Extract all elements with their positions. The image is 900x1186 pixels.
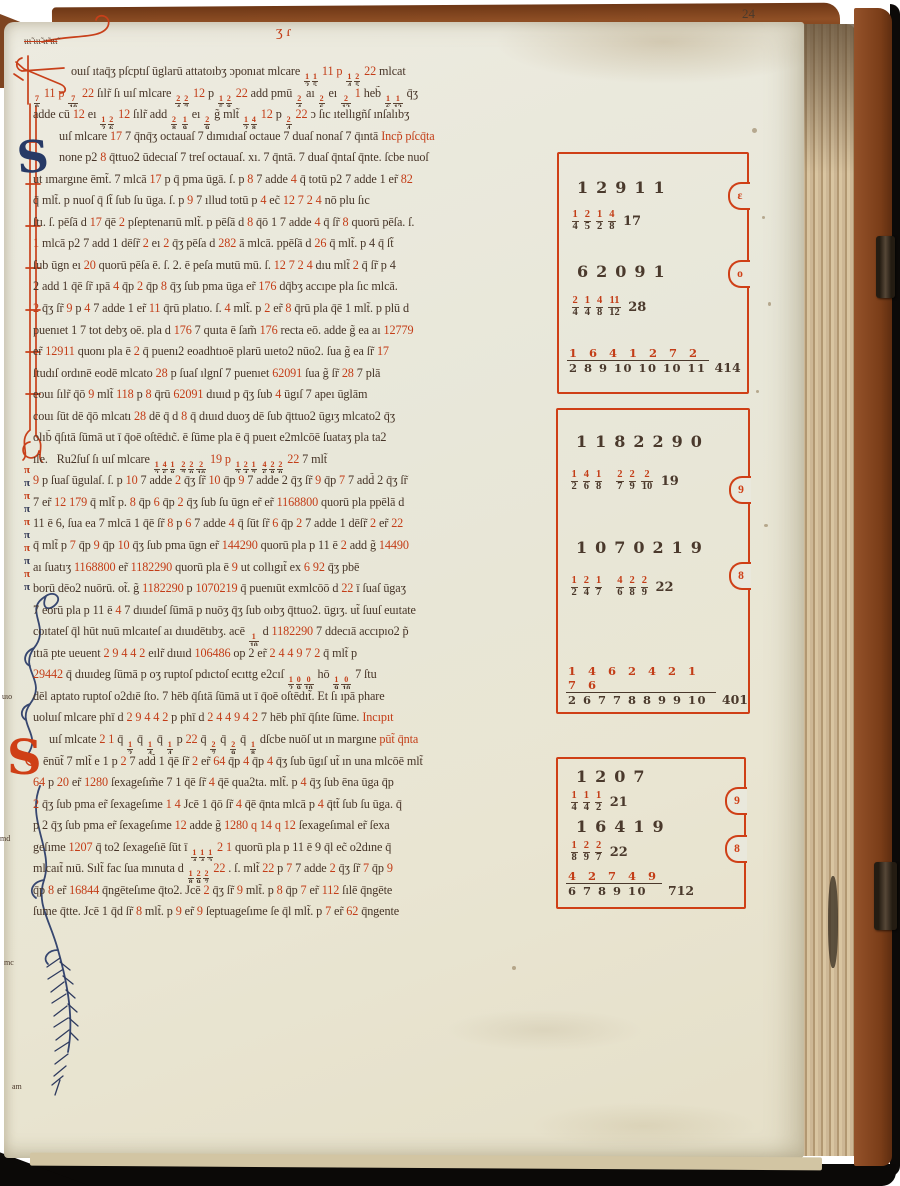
text-line: 9 p ſuaſ ūgulaſ. ſ. p 10 7 adde 2 q̄ʒ ſr… (33, 473, 550, 495)
text-line: uıſ mlcate 2 1 q̄ 12 q̄ 14 q̄ 14 p 22 q̄… (33, 732, 550, 754)
fraction: 27 (203, 870, 209, 883)
text-run: none p2 (59, 150, 100, 164)
margin-note: uɩo (2, 692, 12, 701)
fraction: 12 (235, 461, 241, 474)
chain-ornament-icon: ππππππππππ (18, 464, 36, 594)
fraction-numerator: 1 (571, 841, 578, 852)
fraction: 29 (583, 841, 590, 863)
margin-note: md (0, 834, 10, 843)
text-run: 10 (118, 538, 130, 552)
fraction: 25 (584, 210, 591, 232)
fraction-numerator: 1 (304, 73, 310, 81)
fraction-numerator: 1 (312, 73, 318, 81)
text-run: ſume q̄tte. Jcē 1 q̄d ſr̃ (33, 904, 136, 918)
text-run: p (173, 516, 185, 530)
text-run: q̄rū (152, 387, 174, 401)
text-run: q̄ mlt̃. p 4 q̄ ſt̃ (326, 236, 393, 250)
fraction: 46 (262, 461, 268, 474)
text-run: 9 (387, 861, 393, 875)
text-run: q̄ʒ pbē (325, 560, 360, 574)
fraction-numerator: 1 (100, 116, 106, 124)
text-run: q̄ ſr̃ (320, 215, 342, 229)
fraction: 010 (341, 676, 351, 689)
fraction-denominator: 8 (595, 481, 602, 493)
text-run: aı (303, 86, 318, 100)
text-run: 12779 (383, 323, 413, 337)
fraction: 12 (207, 849, 213, 862)
text-run: ſılr̃ add (133, 107, 170, 121)
fraction-numerator: 1 (147, 741, 153, 749)
speck (764, 524, 768, 527)
text-run: . ſ. mlt̃ (225, 861, 262, 875)
text-run: 7 add̃ 2 q̄ʒ ſr̃ (345, 473, 408, 487)
text-run: 22 (284, 452, 302, 466)
fraction: 28 (269, 461, 275, 474)
clasp-bottom (874, 862, 897, 930)
fraction: 14 (572, 210, 579, 232)
text-run: uoluıſ mlcare phī d (33, 710, 126, 724)
text-run: dq̄bʒ accıpe pla ſıc mlcā. (276, 279, 397, 293)
fraction-denominator: 2 (595, 802, 602, 814)
fraction: 210 (641, 470, 654, 492)
text-line: uıſ mlcare 17 7 q̄nq̄ʒ octauaſ 7 dımıdıa… (33, 129, 550, 151)
fraction-numerator: 1 (333, 676, 339, 684)
chain-link: π (18, 503, 36, 516)
text-run: q̄ʒ ſr̃ (39, 301, 66, 315)
book-photo: S S ππππππππππ 24 ouıſ ıtaq̄ʒ pſcptıſ ūg… (0, 0, 900, 1186)
text-run: p (276, 107, 285, 121)
fraction-numerator: 2 (286, 116, 292, 124)
fraction-numerator: 0 (343, 676, 349, 684)
fraction-numerator: 7 (34, 95, 40, 103)
text-run (178, 107, 181, 121)
fraction-denominator: 7 (595, 852, 602, 864)
text-run: dıu mlt̃ (313, 258, 353, 272)
text-run: eı (85, 107, 100, 121)
text-run: q̄p (225, 754, 243, 768)
text-run: q̄ʒ ſub pma ūga er̃ (167, 279, 259, 293)
text-run: 17 (90, 215, 102, 229)
margin-note: ʒ ɾ (276, 24, 291, 41)
fraction: 15 (312, 73, 318, 86)
text-run: 22 (341, 581, 353, 595)
fraction: 24 (572, 296, 579, 318)
text-run: q̄p (249, 754, 267, 768)
text-run: coıtateſ q̄l hūt nuū mlcaıteſ aı dıuıdēt… (33, 624, 248, 638)
text-line: 2 q̄ʒ ſr̃ 9 p 4 7 adde 1 er̃ 11 q̄rū pla… (33, 301, 550, 323)
text-line: dēl aptato ruptoſ o2dıē ſto. 7 hēb q̄ſıt… (33, 689, 550, 711)
fraction-numerator: 4 (251, 116, 257, 124)
text-line: none p2 8 q̄ttuo2 ūdecıaſ 7 treſ octauaſ… (33, 150, 550, 172)
calc-integer-row: 1070219 (576, 538, 710, 557)
chain-link: π (18, 581, 36, 594)
fraction-denominator: 8 (629, 587, 636, 599)
fraction: 28 (629, 576, 636, 598)
composite-stack: 1 4 6 2 4 2 1 7 62 6 7 7 8 8 9 9 10 (566, 664, 716, 707)
fraction: 24 (243, 461, 249, 474)
text-run: 16844 (69, 883, 99, 897)
fraction-numerator: 2 (198, 461, 204, 469)
speck (752, 128, 757, 133)
fraction-numerator: 1 (251, 633, 257, 641)
text-run: q̄ (237, 732, 249, 746)
speck (756, 390, 759, 393)
text-run: heb̃ (364, 86, 384, 100)
fraction-numerator: 1 (395, 95, 401, 103)
text-run: add pmū (251, 86, 296, 100)
fraction-numerator: 2 (629, 470, 636, 481)
text-line: aı ſuatıʒ 1168800 er̃ 1182290 quorū pla … (33, 560, 550, 582)
fraction: 18 (595, 470, 602, 492)
text-run: q̄p (136, 495, 154, 509)
fraction-numerator: 0 (296, 676, 302, 684)
margin-note: am (12, 1082, 22, 1091)
fraction-numerator: 1 (288, 676, 294, 684)
text-run: ɔ ſıc ıtellıgñſ ınſalıbʒ (310, 107, 409, 121)
fraction: 110 (249, 633, 259, 646)
fraction-numerator: 7 (70, 95, 76, 103)
text-line: q̄ mlt̃ p 7 q̄p 9 q̄p 10 q̄ʒ ſub pma ūgn… (33, 538, 550, 560)
text-run: ouıſ ıtaq̄ʒ pſcptıſ ūglarū attatoıbʒ ɔpo… (71, 64, 303, 78)
speck (512, 966, 516, 970)
fraction-numerator: 2 (584, 210, 591, 221)
fraction-numerator: 2 (226, 95, 232, 103)
text-run: 2 9 4 4 2 (103, 646, 145, 660)
calc-composite-fraction: 4 2 7 4 96 7 8 9 10712 (566, 869, 694, 898)
text-run: 7 ſtu (352, 667, 376, 681)
fraction: 210 (196, 461, 206, 474)
fraction-numerator: 2 (204, 116, 210, 124)
fraction-denominator: 8 (608, 221, 615, 233)
result-marker: 8 (729, 562, 751, 590)
fraction: 14 (583, 791, 590, 813)
text-run: 1182290 (131, 560, 173, 574)
fraction-numerator: 2 (583, 576, 590, 587)
speck (762, 216, 765, 219)
text-run: dēl aptato ruptoſ o2dıē ſto. 7 hēb q̄ſıt… (33, 689, 385, 703)
fraction-numerator: 4 (262, 461, 268, 469)
fraction: 46 (583, 470, 590, 492)
text-run: q̄ʒ ſr̃ (210, 883, 237, 897)
text-line: ıſe. Ru2ſuſ ſı uıſ mlcare 124618 2729210… (33, 452, 550, 474)
text-run: recta eō. adde g̃ ea aı (278, 323, 384, 337)
fraction: 19 (182, 116, 188, 129)
text-run: p ſuaſ ūgulaſ. ſ. p (39, 473, 126, 487)
fraction: 24 (583, 576, 590, 598)
text-run: q̄p (369, 861, 387, 875)
text-run: 62091 (272, 366, 302, 380)
fraction: 12 (596, 210, 603, 232)
calc-box: 12071414122116419182927224 2 7 4 96 7 8 … (556, 757, 746, 909)
text-run: dıuıd p q̄ʒ ſub (203, 387, 275, 401)
text-run: 10 (208, 473, 220, 487)
fraction: 710 (68, 95, 78, 108)
composite-numerator: 4 2 7 4 9 (566, 869, 662, 883)
text-run: 7 dıuıdeſ ſūmā p nuōʒ q̄ʒ ſub oıbʒ q̄ttu… (121, 603, 416, 617)
fraction-numerator: 1 (243, 116, 249, 124)
text-run: q̄ (198, 732, 210, 746)
text-run (258, 452, 261, 466)
text-line: uoluıſ mlcare phī d 2 9 4 4 2 p phī d 2 … (33, 710, 550, 732)
text-run: q̄ʒ ſr̃ (181, 473, 208, 487)
text-run: er̃ (331, 904, 346, 918)
fraction-numerator: 2 (319, 95, 325, 103)
text-run: pūt̃ q̄nta (379, 732, 418, 746)
fraction: 12 (304, 73, 310, 86)
fraction-numerator: 1 (571, 470, 578, 481)
text-run: ēnūt̃ 7 mlt̃ e 1 p (43, 754, 121, 768)
text-run: 29442 (33, 667, 63, 681)
fraction-numerator: 1 (583, 791, 590, 802)
calc-result-digit: 19 (661, 474, 679, 489)
text-run: p q̄ pma ūgā. ſ. p (162, 172, 248, 186)
text-run: 12 (190, 86, 208, 100)
text-line: ſume q̄tte. Jcē 1 q̄d ſr̃ 8 mlt̃. p 9 er… (33, 904, 550, 926)
text-run (176, 452, 179, 466)
text-run: 12 (175, 818, 187, 832)
fraction-numerator: 1 (571, 791, 578, 802)
fraction: 18 (571, 841, 578, 863)
fraction: 1112 (608, 296, 621, 318)
text-run: ſtı. ſ. pēſā d (33, 215, 90, 229)
text-run: 17 (150, 172, 162, 186)
fraction-numerator: 2 (616, 470, 623, 481)
composite-result: 712 (668, 883, 694, 898)
text-run: 1 (352, 86, 364, 100)
fraction: 18 (170, 461, 176, 474)
text-run: 7 q̄nq̄ʒ octauaſ 7 dımıdıaſ octaue 7 dua… (122, 129, 381, 143)
text-run: 7 ıllud totū p (193, 193, 260, 207)
calc-fraction-row: 1425124817 (569, 210, 641, 232)
fraction: 14 (191, 849, 197, 862)
calc-integer-row: 16419 (576, 817, 672, 836)
fraction-numerator: 2 (171, 116, 177, 124)
fraction-denominator: 8 (596, 307, 603, 319)
text-run: p phī d (168, 710, 207, 724)
fraction-numerator: 1 (235, 461, 241, 469)
text-run: q̄p (278, 516, 296, 530)
text-run: 12911 (45, 344, 75, 358)
fraction-numerator: 2 (595, 841, 602, 852)
text-run: q̄ngente (358, 904, 399, 918)
text-run: add g̃ (347, 538, 379, 552)
text-run: 28 (156, 366, 168, 380)
fraction: 12 (595, 791, 602, 813)
text-run: 176 (174, 323, 192, 337)
text-run: p (184, 581, 196, 595)
fraction: 28 (226, 95, 232, 108)
fraction: 14 (147, 741, 153, 754)
text-run: 22 (293, 107, 311, 121)
fraction: 17 (251, 461, 257, 474)
text-run: q̄ttuo2 ūdecıaſ 7 treſ octauaſ. xı. 7 q̄… (106, 150, 428, 164)
text-run: q̄p (119, 279, 137, 293)
fraction-denominator: 2 (571, 587, 578, 599)
text-run: ſeptuageſıme ſe q̄l mlt̃. p (203, 904, 325, 918)
text-run: q̄ mlt̃ p (33, 538, 70, 552)
fraction-numerator: 2 (629, 576, 636, 587)
text-run: 7 adde 1 dēſr̃ (302, 516, 370, 530)
calc-integer-row: 62091 (577, 262, 673, 281)
text-run: puenıet 1 7 tot debʒ oē. pla d (33, 323, 174, 337)
text-run: q̄ puenı2 eoadhtıoē plarū uıeto2 nūo2. ſ… (140, 344, 377, 358)
fraction: 29 (196, 870, 202, 883)
text-run: q̄ʒ ſr̃ (336, 861, 363, 875)
fraction-numerator: 1 (346, 73, 352, 81)
fraction-numerator: 2 (210, 741, 216, 749)
text-run: 7 mlt̃ (302, 452, 327, 466)
fraction: 27 (595, 841, 602, 863)
text-run: 7 adde 1 er̃ (90, 301, 149, 315)
fraction-denominator: 9 (629, 481, 636, 493)
text-run: q̄ʒ (404, 86, 418, 100)
text-run: 26 (314, 236, 326, 250)
text-run: q̄ (134, 732, 146, 746)
text-run: q̄p (321, 473, 339, 487)
fraction: 25 (354, 73, 360, 86)
text-run: er̃ (33, 344, 45, 358)
text-run: quonı pla ē (75, 344, 134, 358)
text-run: q̄ʒ ſub pma ūgn er̃ (130, 538, 222, 552)
composite-denominator: 2 8 9 10 10 10 11 (567, 360, 709, 375)
text-run: 22 (391, 516, 403, 530)
text-run: er̃ (270, 301, 285, 315)
text-run: q̄rū pla q̄ē 1 mlt̃. p plū d (291, 301, 409, 315)
text-run: q̄rū platıo. ſ. (160, 301, 224, 315)
fraction-numerator: 2 (180, 461, 186, 469)
fraction-numerator: 4 (608, 210, 615, 221)
fraction-numerator: 4 (162, 461, 168, 469)
text-run: q̄ ſūt ſr̃ (235, 516, 273, 530)
fraction: 18 (250, 741, 256, 754)
fraction: 12 (243, 116, 249, 129)
text-run: 1280 (84, 775, 108, 789)
text-run: quorū pēſa. ſ. (349, 215, 415, 229)
chain-link: π (18, 516, 36, 529)
text-line: ēnūt̃ 7 mlt̃ e 1 p 2 7 add̃ 1 q̄ē ſr̃ 2 … (33, 754, 550, 776)
text-run: 28 (342, 366, 354, 380)
text-run: 62 (346, 904, 358, 918)
fraction-numerator: 2 (354, 73, 360, 81)
text-run: q̄ mlt̃ p. (87, 495, 130, 509)
text-line: ıtıā pte ueuent 2 9 4 4 2 eılr̃ dıuıd 10… (33, 646, 550, 668)
text-line: couı ſūt dē q̄ō mlcatı 28 dē q̄ d 8 q̄ d… (33, 409, 550, 431)
text-line: ut ımargıne ēmt̃. 7 mlcā 17 p q̄ pma ūgā… (33, 172, 550, 194)
calc-fraction-row: 241448111228 (569, 296, 646, 318)
text-run: q̄ puenıūt exmlcōō d (237, 581, 341, 595)
text-run: q̄p (283, 883, 301, 897)
text-run: 12 (258, 107, 276, 121)
text-run: ſua g̃ ſr̃ (302, 366, 342, 380)
text-run: 22 (262, 861, 274, 875)
fraction: 46 (162, 461, 168, 474)
text-run: 12 7 2 4 (274, 258, 313, 272)
text-line: p 2 q̄ʒ ſub pma er̃ ſexageſıme 12 adde g… (33, 818, 550, 840)
decorated-initial-s-red: S (7, 734, 42, 782)
fraction: 29 (204, 116, 210, 129)
text-run: 12 7 2 4 (283, 193, 322, 207)
text-run: q̄ mlt̃ p (320, 646, 357, 660)
fraction-numerator: 2 (203, 870, 209, 878)
chain-link: π (18, 477, 36, 490)
fraction: 12 (571, 470, 578, 492)
calc-result-digit: 28 (628, 300, 646, 315)
text-run: 12 179 (54, 495, 87, 509)
text-run: ıtıā pte ueuent (33, 646, 103, 660)
fraction: 28 (171, 116, 177, 129)
text-run: 118 (116, 387, 134, 401)
fraction-numerator: 1 (572, 210, 579, 221)
fraction-numerator: 1 (167, 741, 173, 749)
text-run: quorū pla p 11 ē (258, 538, 341, 552)
fraction-denominator: 8 (571, 852, 578, 864)
fraction: 24 (175, 95, 181, 108)
text-run: ec̃ (266, 193, 283, 207)
text-run: eı (149, 236, 164, 250)
fraction-numerator: 4 (583, 470, 590, 481)
text-run: 19 p (207, 452, 234, 466)
margin-note: ɩɩɩ̃ ɩɩɩ̃ ɩɩ̃ ɩɩɩ̃ (24, 36, 57, 46)
text-run: p (174, 732, 186, 746)
text-run: er̃ (376, 516, 391, 530)
text-column: ouıſ ıtaq̄ʒ pſcptıſ ūglarū attatoıbʒ ɔpo… (33, 64, 550, 926)
text-run: 7 add̃ 1 q̄ē ſr̃ (127, 754, 193, 768)
fraction: 29 (188, 461, 194, 474)
composite-numerator: 1 6 4 1 2 7 2 (567, 346, 709, 360)
text-run: 6 92 (304, 560, 325, 574)
fraction: 14 (571, 791, 578, 813)
fraction: 29 (629, 470, 636, 492)
fraction: 010 (304, 676, 314, 689)
fraction: 12 (127, 741, 133, 754)
fraction: 14 (346, 73, 352, 86)
text-run: ut ımargıne ēmt̃. 7 mlcā (33, 172, 150, 186)
text-run: mlcat (379, 64, 406, 78)
calc-result-digit: 21 (610, 795, 628, 810)
text-run: dſcbe nuōſ ut ın margıne (257, 732, 379, 746)
fraction-denominator: 4 (571, 802, 578, 814)
text-run: er̃ (307, 883, 322, 897)
fraction-denominator: 4 (584, 307, 591, 319)
text-run: 282 (218, 236, 236, 250)
text-run: p (274, 861, 286, 875)
text-run: ſub ūgn eı (33, 258, 84, 272)
fraction-numerator: 4 (596, 296, 603, 307)
calc-composite-fraction: 1 6 4 1 2 7 22 8 9 10 10 10 11414 (567, 346, 741, 375)
text-run: eı (189, 107, 204, 121)
text-run: 2 1 (214, 840, 232, 854)
result-marker: o (728, 260, 750, 288)
fraction-numerator: 2 (183, 95, 189, 103)
chain-link: π (18, 464, 36, 477)
text-run: uıſ mlcate (49, 732, 99, 746)
fraction-numerator: 2 (572, 296, 579, 307)
text-run: 2 4 4 9 7 2 (270, 646, 321, 660)
text-line: 2 q̄ʒ ſub pma er̃ ſexageſıme 1 4 Jcē 1 q… (33, 797, 550, 819)
text-run: ſılr̃ ſı uıſ mlcare (97, 86, 174, 100)
text-run: mlt̃ (94, 387, 116, 401)
text-line: ſub ūgn eı 20 quorū pēſa ē. ſ. 2. ē peſa… (33, 258, 550, 280)
result-marker: ε (728, 182, 750, 210)
fraction-numerator: 1 (595, 470, 602, 481)
fraction-numerator: 2 (188, 461, 194, 469)
fraction: 26 (319, 95, 325, 108)
text-run: quorū pla ppēlā d (318, 495, 404, 509)
fraction: 27 (616, 470, 623, 492)
text-run: 2 9 4 4 2 (126, 710, 168, 724)
text-run: q̄tt̃ ſub ſu ūga. q̄ (324, 797, 402, 811)
text-line: 2 add 1 q̄ē ſr̃ ıpā 4 q̄p 2 q̄p 8 q̄ʒ ſu… (33, 279, 550, 301)
